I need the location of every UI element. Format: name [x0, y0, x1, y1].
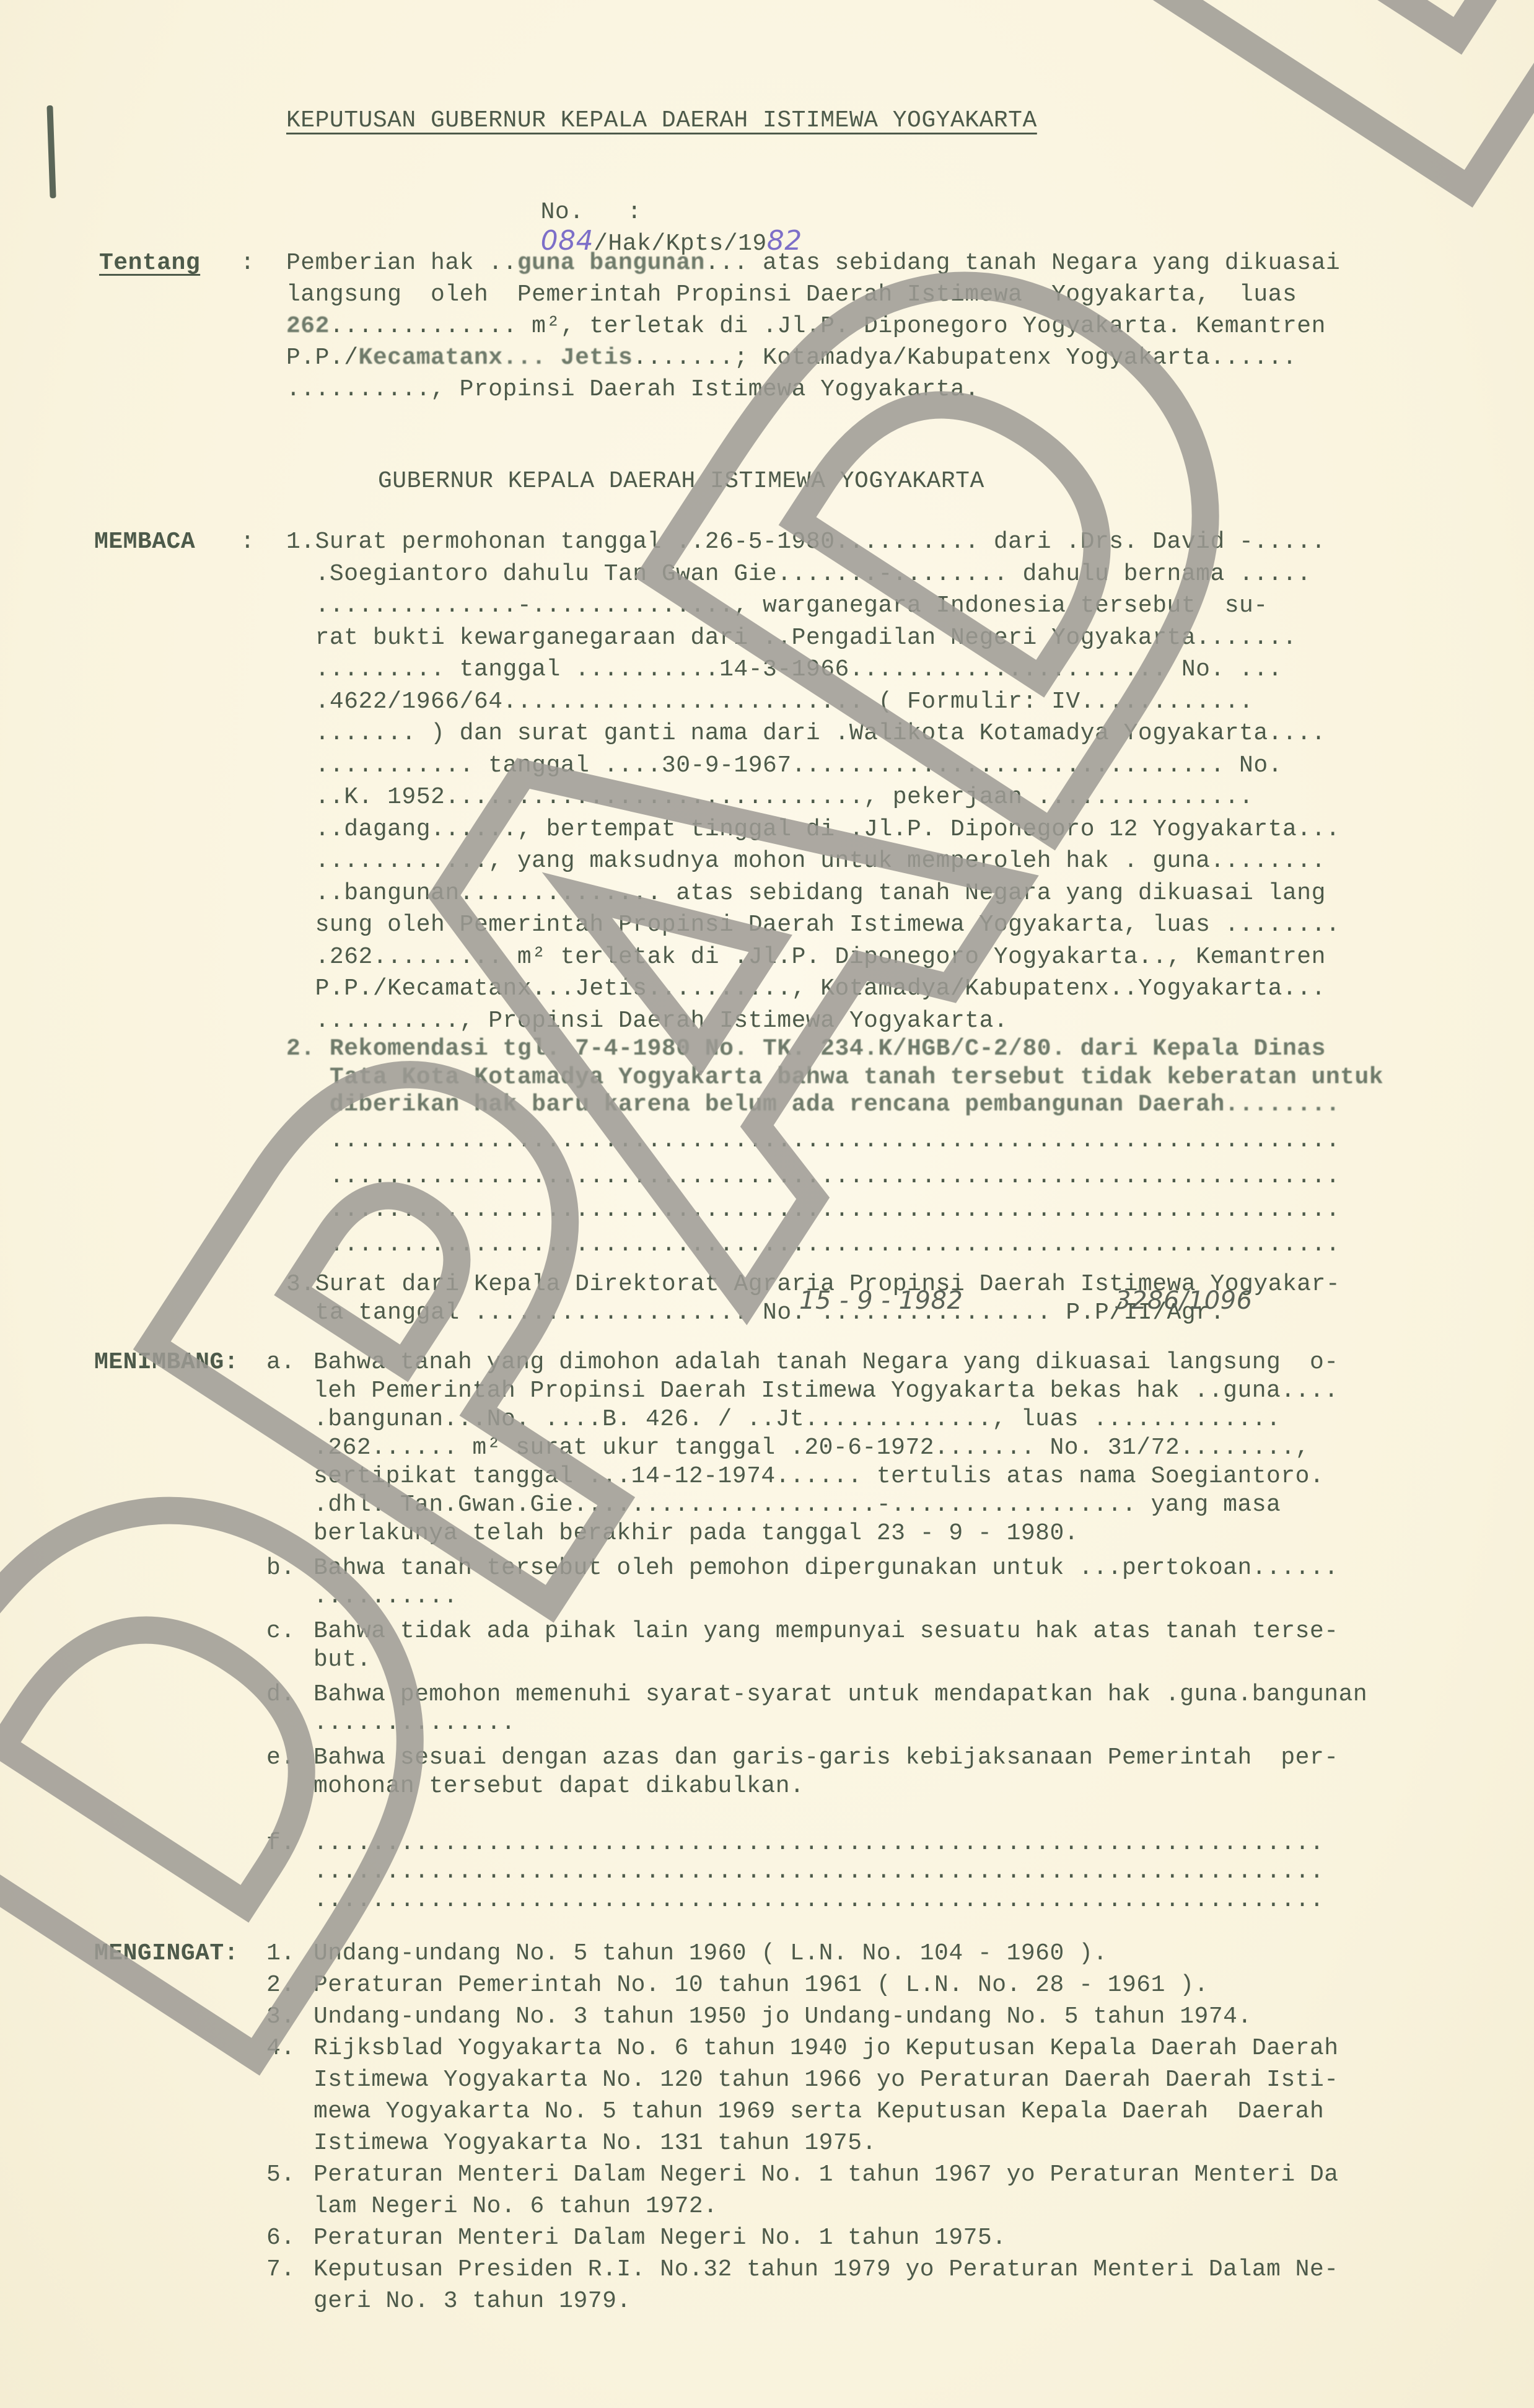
menimbang-item-line: Bahwa tanah tersebut oleh pemohon diperg…	[313, 1554, 1339, 1583]
menimbang-item-line: leh Pemerintah Propinsi Daerah Istimewa …	[313, 1377, 1339, 1405]
tentang-line: P.P./Kecamatanx... Jetis.......; Kotamad…	[286, 344, 1297, 372]
filled-value: 262	[286, 313, 330, 340]
menimbang-item-key: b.	[266, 1554, 296, 1583]
line-text: .......; Kotamadya/Kabupatenx Yogyakarta…	[633, 345, 1297, 371]
membaca-1-line: ..dagang......, bertempat tinggal di .Jl…	[286, 815, 1340, 844]
membaca-1-line: ......... tanggal ..........14-3-1966...…	[286, 656, 1282, 684]
menimbang-item-line: ..............	[313, 1709, 515, 1738]
membaca-1-line: ............, yang maksudnya mohon untuk…	[286, 847, 1326, 876]
menimbang-item-line: but.	[313, 1646, 371, 1674]
membaca-1-line: .262......... m² terletak di .Jl.P. Dipo…	[286, 943, 1326, 972]
menimbang-label: MENIMBANG:	[94, 1348, 239, 1377]
menimbang-item-line: ........................................…	[313, 1829, 1324, 1858]
membaca-1-line: ..............-.............., warganega…	[286, 592, 1268, 620]
membaca-1-line: P.P./Kecamatanx...Jetis.........., Kotam…	[286, 975, 1326, 1003]
membaca-2-line: Tata Kota Kotamadya Yogyakarta bahwa tan…	[286, 1063, 1383, 1092]
menimbang-item-line: ........................................…	[313, 1886, 1324, 1915]
line-text: .........., Propinsi Daerah Istimewa Yog…	[286, 376, 980, 403]
mengingat-item-line: Rijksblad Yogyakarta No. 6 tahun 1940 jo…	[313, 2034, 1339, 2063]
mengingat-item-key: 7.	[266, 2256, 296, 2284]
menimbang-item-key: f.	[266, 1829, 296, 1858]
membaca-2-line: ........................................…	[286, 1231, 1340, 1259]
tentang-colon: :	[240, 249, 255, 278]
line-text: Pemberian hak ..	[286, 250, 517, 276]
menimbang-item-line: sertipikat tanggal ...14-12-1974...... t…	[313, 1462, 1324, 1491]
handwritten-agraria-date: 15 - 9 - 1982	[799, 1286, 963, 1315]
section-heading: GUBERNUR KEPALA DAERAH ISTIMEWA YOGYAKAR…	[378, 467, 984, 496]
mengingat-item-line: Keputusan Presiden R.I. No.32 tahun 1979…	[313, 2256, 1339, 2284]
menimbang-item-line: ........................................…	[313, 1858, 1324, 1886]
mengingat-item-line: Undang-undang No. 3 tahun 1950 jo Undang…	[313, 2003, 1252, 2031]
membaca-2-line: 2. Rekomendasi tgl. 7-4-1980 No. TK. 234…	[286, 1035, 1326, 1063]
membaca-label: MEMBACA	[94, 528, 195, 556]
menimbang-item-key: d.	[266, 1681, 296, 1709]
tentang-line: langsung oleh Pemerintah Propinsi Daerah…	[286, 281, 1297, 309]
menimbang-item-line: Bahwa pemohon memenuhi syarat-syarat unt…	[313, 1681, 1367, 1709]
membaca-2-line: ........................................…	[286, 1162, 1340, 1191]
mengingat-item-line: Undang-undang No. 5 tahun 1960 ( L.N. No…	[313, 1940, 1108, 1968]
mengingat-item-key: 3.	[266, 2003, 296, 2031]
mengingat-item-line: Peraturan Menteri Dalam Negeri No. 1 tah…	[313, 2224, 1007, 2252]
membaca-1-line: ..K. 1952............................., …	[286, 783, 1253, 812]
decree-number: No. : 084/Hak/Kpts/1982	[512, 170, 802, 258]
mengingat-item-line: mewa Yogyakarta No. 5 tahun 1969 serta K…	[313, 2098, 1324, 2126]
membaca-1-line: .Soegiantoro dahulu Tan Gwan Gie.......-…	[286, 560, 1312, 589]
menimbang-item-line: Bahwa tanah yang dimohon adalah tanah Ne…	[313, 1348, 1339, 1377]
line-text: P.P./	[286, 345, 359, 371]
membaca-1-line: .4622/1966/64......................... (…	[286, 688, 1253, 716]
tentang-line: .........., Propinsi Daerah Istimewa Yog…	[286, 376, 980, 404]
membaca-1-line: .........., Propinsi Daerah Istimewa Yog…	[286, 1007, 1008, 1035]
menimbang-item-line: berlakunya telah berakhir pada tanggal 2…	[313, 1519, 1079, 1548]
mengingat-item-line: Peraturan Pemerintah No. 10 tahun 1961 (…	[313, 1971, 1209, 2000]
handwritten-agraria-number: 3286/1096	[1115, 1286, 1253, 1315]
mengingat-item-key: 1.	[266, 1940, 296, 1968]
membaca-1-line: ....... ) dan surat ganti nama dari .Wal…	[286, 719, 1326, 748]
filled-value: guna bangunan	[517, 250, 705, 276]
membaca-2-line: ........................................…	[286, 1127, 1340, 1155]
membaca-1-line: ........... tanggal ....30-9-1967.......…	[286, 752, 1282, 780]
membaca-1-line: ..bangunan.............. atas sebidang t…	[286, 879, 1326, 908]
menimbang-item-line: .262...... m² surat ukur tanggal .20-6-1…	[313, 1434, 1310, 1462]
filled-value: Kecamatanx... Jetis	[359, 345, 633, 371]
mengingat-label: MENGINGAT:	[94, 1940, 239, 1968]
menimbang-item-key: e.	[266, 1744, 296, 1772]
menimbang-item-line: .dhl. Tan.Gwan.Gie.....................-…	[313, 1491, 1281, 1519]
membaca-1-line: 1.Surat permohonan tanggal ..26-5-1980..…	[286, 528, 1326, 556]
mengingat-item-key: 4.	[266, 2034, 296, 2063]
mengingat-item-key: 2.	[266, 1971, 296, 2000]
mengingat-item-line: Istimewa Yogyakarta No. 131 tahun 1975.	[313, 2129, 877, 2158]
line-text: langsung oleh Pemerintah Propinsi Daerah…	[286, 281, 1297, 308]
menimbang-item-line: mohonan tersebut dapat dikabulkan.	[313, 1772, 804, 1801]
mengingat-item-line: Peraturan Menteri Dalam Negeri No. 1 tah…	[313, 2161, 1339, 2189]
document-title: KEPUTUSAN GUBERNUR KEPALA DAERAH ISTIMEW…	[286, 107, 1037, 135]
menimbang-item-line: Bahwa sesuai dengan azas dan garis-garis…	[313, 1744, 1339, 1772]
membaca-3-line: ta tanggal ................... No. .....…	[286, 1299, 1225, 1327]
membaca-2-line: diberikan hak baru karena belum ada renc…	[286, 1091, 1340, 1119]
mengingat-item-line: lam Negeri No. 6 tahun 1972.	[313, 2192, 718, 2221]
line-text: ... atas sebidang tanah Negara yang diku…	[705, 250, 1340, 276]
mengingat-item-key: 6.	[266, 2224, 296, 2252]
menimbang-item-line: Bahwa tidak ada pihak lain yang mempunya…	[313, 1617, 1339, 1646]
tentang-line: Pemberian hak ..guna bangunan... atas se…	[286, 249, 1340, 278]
tentang-line: 262............. m², terletak di .Jl.P. …	[286, 312, 1326, 341]
menimbang-item-line: ..........	[313, 1583, 458, 1611]
membaca-2-line: ........................................…	[286, 1196, 1340, 1224]
menimbang-item-key: c.	[266, 1617, 296, 1646]
mengingat-item-line: Istimewa Yogyakarta No. 120 tahun 1966 y…	[313, 2066, 1339, 2094]
menimbang-item-key: a.	[266, 1348, 296, 1377]
membaca-colon: :	[240, 528, 255, 556]
line-text: ............. m², terletak di .Jl.P. Dip…	[330, 313, 1326, 340]
mengingat-item-line: geri No. 3 tahun 1979.	[313, 2287, 631, 2316]
menimbang-item-line: .bangunan...No. ....B. 426. / ..Jt......…	[313, 1405, 1281, 1434]
tentang-label: Tentang	[99, 249, 200, 278]
membaca-1-line: sung oleh Pemerintah Propinsi Daerah Ist…	[286, 911, 1340, 939]
membaca-1-line: rat bukti kewarganegaraan dari ..Pengadi…	[286, 624, 1297, 653]
number-label: No. :	[541, 199, 642, 226]
mengingat-item-key: 5.	[266, 2161, 296, 2189]
